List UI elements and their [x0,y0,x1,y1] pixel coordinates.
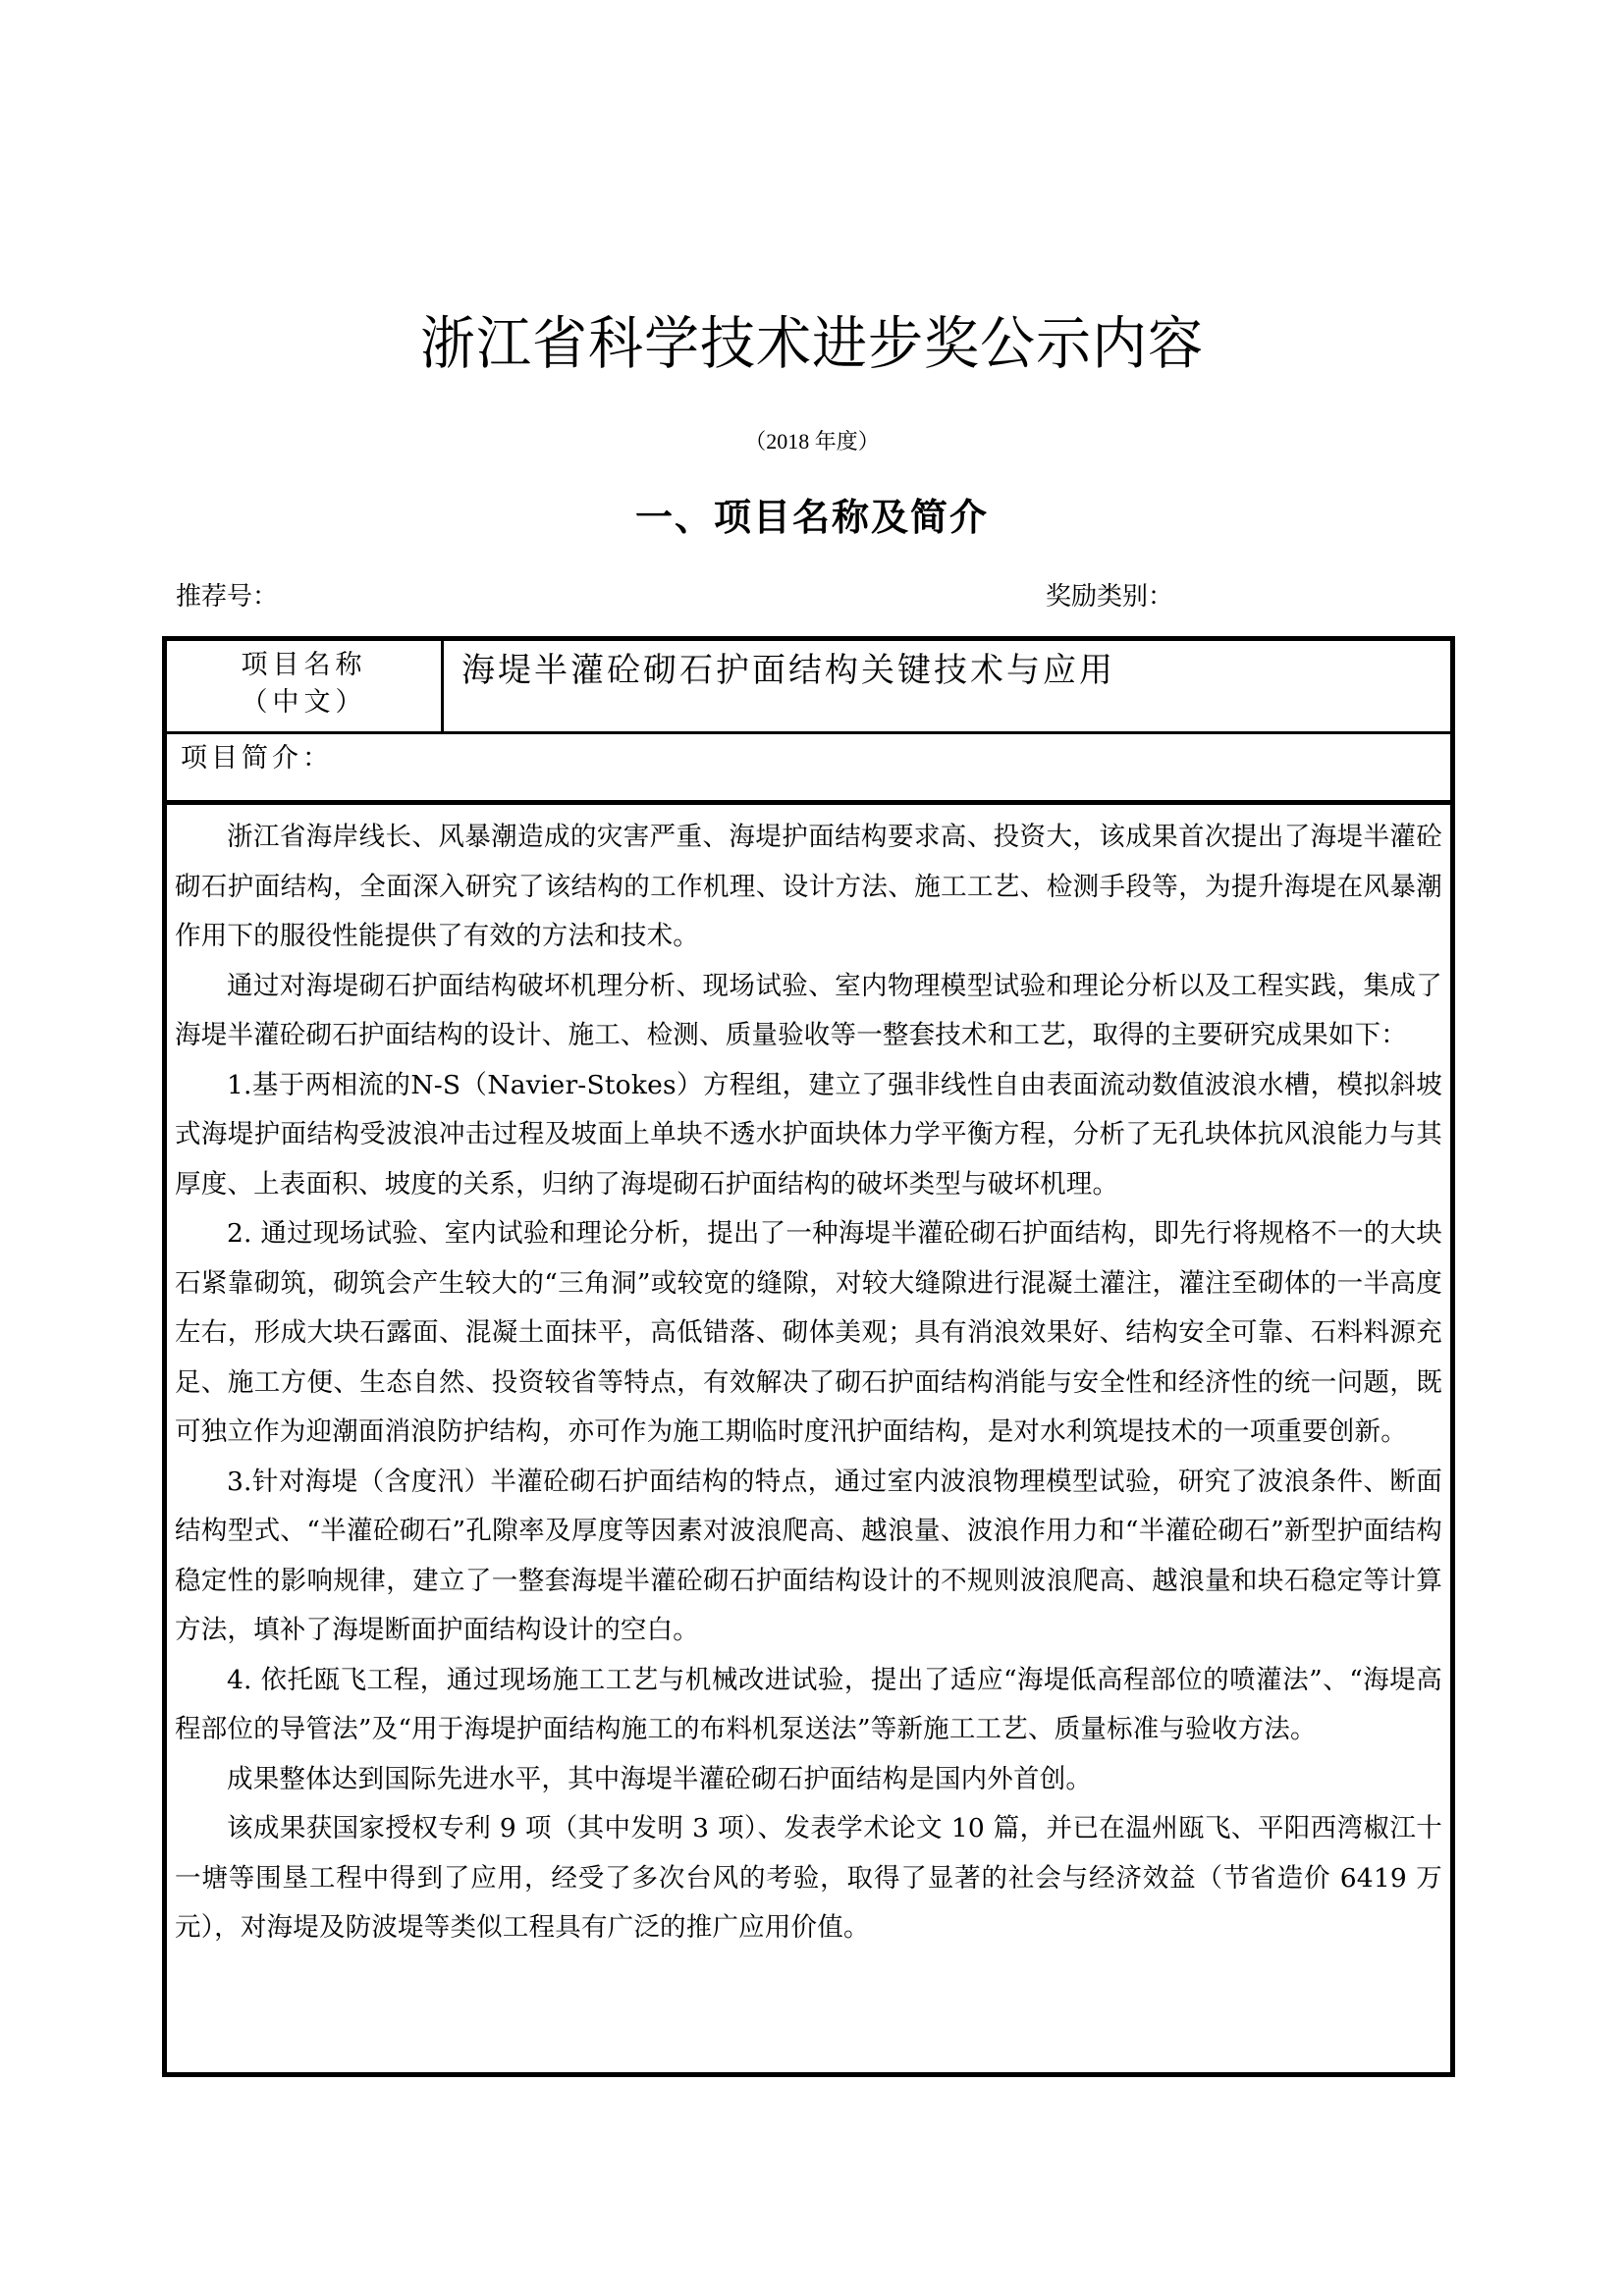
project-name-value: 海堤半灌砼砌石护面结构关键技术与应用 [461,649,1115,692]
summary-paragraph: 1.基于两相流的N-S（Navier-Stokes）方程组，建立了强非线性自由表… [175,1061,1442,1210]
summary-paragraph: 3.针对海堤（含度汛）半灌砼砌石护面结构的特点，通过室内波浪物理模型试验，研究了… [175,1458,1442,1656]
summary-label: 项目简介： [181,739,333,778]
summary-paragraph: 4. 依托瓯飞工程，通过现场施工工艺与机械改进试验，提出了适应“海堤低高程部位的… [175,1656,1442,1755]
summary-paragraph: 成果整体达到国际先进水平，其中海堤半灌砼砌石护面结构是国内外首创。 [175,1755,1442,1805]
project-name-label: 项目名称 （中文） [167,641,444,731]
project-name-label-line1: 项目名称 [167,647,441,684]
section-title: 一、项目名称及简介 [0,493,1624,542]
summary-paragraph: 浙江省海岸线长、风暴潮造成的灾害严重、海堤护面结构要求高、投资大，该成果首次提出… [175,813,1442,962]
summary-paragraph: 该成果获国家授权专利 9 项（其中发明 3 项）、发表学术论文 10 篇，并已在… [175,1804,1442,1953]
recommend-no-label: 推荐号： [176,577,278,616]
project-name-row: 项目名称 （中文） 海堤半灌砼砌石护面结构关键技术与应用 [167,641,1450,734]
award-year: （2018 年度） [0,427,1624,456]
award-category-label: 奖励类别： [1046,577,1173,616]
project-name-label-line2: （中文） [167,684,441,721]
project-info-table: 项目名称 （中文） 海堤半灌砼砌石护面结构关键技术与应用 项目简介： 浙江省海岸… [162,636,1455,2077]
summary-paragraph: 2. 通过现场试验、室内试验和理论分析，提出了一种海堤半灌砼砌石护面结构，即先行… [175,1209,1442,1458]
page-title: 浙江省科学技术进步奖公示内容 [0,310,1624,378]
summary-body: 浙江省海岸线长、风暴潮造成的灾害严重、海堤护面结构要求高、投资大，该成果首次提出… [167,813,1450,1953]
summary-paragraph: 通过对海堤砌石护面结构破坏机理分析、现场试验、室内物理模型试验和理论分析以及工程… [175,962,1442,1061]
meta-row: 推荐号： 奖励类别： [162,577,1458,616]
summary-label-row: 项目简介： [167,734,1450,805]
